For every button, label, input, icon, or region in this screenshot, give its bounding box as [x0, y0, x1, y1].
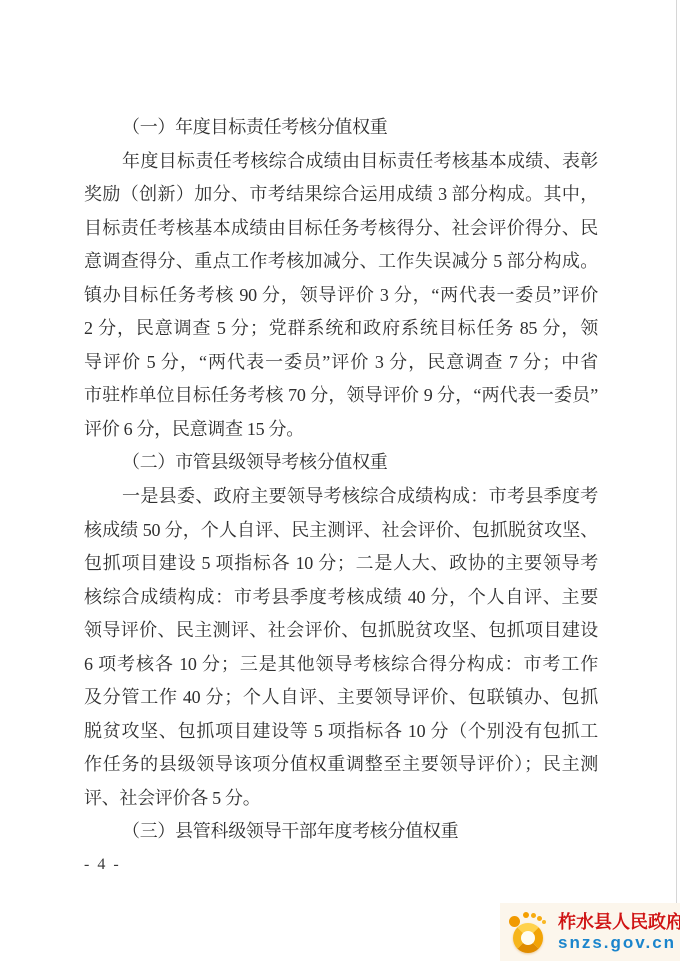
- text-line: 市驻柞单位目标任务考核 70 分，领导评价 9 分，“两代表一委员”: [84, 379, 598, 413]
- text-line: 目标责任考核基本成绩由目标任务考核得分、社会评价得分、民: [84, 212, 598, 246]
- text-line: 核综合成绩构成：市考县季度考核成绩 40 分，个人自评、主要: [84, 581, 598, 615]
- text-line: 6 项考核各 10 分；三是其他领导考核综合得分构成：市考工作: [84, 648, 598, 682]
- text-line: 核成绩 50 分，个人自评、民主测评、社会评价、包抓脱贫攻坚、: [84, 514, 598, 548]
- text-line: 导评价 5 分，“两代表一委员”评价 3 分，民意调查 7 分；中省: [84, 346, 598, 380]
- section-heading: （二）市管县级领导考核分值权重: [84, 446, 598, 480]
- text-line: 一是县委、政府主要领导考核综合成绩构成：市考县季度考: [84, 480, 598, 514]
- text-line: 年度目标责任考核综合成绩由目标责任考核基本成绩、表彰: [84, 145, 598, 179]
- section-heading: （一）年度目标责任考核分值权重: [84, 111, 598, 145]
- government-name: 柞水县人民政府: [558, 912, 680, 933]
- text-line: 评价 6 分，民意调查 15 分。: [84, 413, 598, 447]
- text-line: 脱贫攻坚、包抓项目建设等 5 项指标各 10 分（个别没有包抓工: [84, 715, 598, 749]
- document-body: （一）年度目标责任考核分值权重年度目标责任考核综合成绩由目标责任考核基本成绩、表…: [84, 111, 598, 849]
- text-line: 领导评价、民主测评、社会评价、包抓脱贫攻坚、包抓项目建设: [84, 614, 598, 648]
- document-page: （一）年度目标责任考核分值权重年度目标责任考核综合成绩由目标责任考核基本成绩、表…: [0, 0, 680, 961]
- text-line: 2 分，民意调查 5 分；党群系统和政府系统目标任务 85 分，领: [84, 312, 598, 346]
- government-website-url: snzs.gov.cn: [558, 933, 680, 953]
- government-watermark: 柞水县人民政府 snzs.gov.cn: [500, 903, 680, 961]
- government-watermark-text: 柞水县人民政府 snzs.gov.cn: [558, 912, 680, 952]
- text-line: 评、社会评价各 5 分。: [84, 782, 598, 816]
- text-line: 镇办目标任务考核 90 分，领导评价 3 分，“两代表一委员”评价: [84, 279, 598, 313]
- text-line: 及分管工作 40 分；个人自评、主要领导评价、包联镇办、包抓: [84, 681, 598, 715]
- scan-edge-artifact: [676, 0, 677, 961]
- section-heading: （三）县管科级领导干部年度考核分值权重: [84, 815, 598, 849]
- paw-logo-icon: [506, 910, 550, 954]
- text-line: 包抓项目建设 5 项指标各 10 分；二是人大、政协的主要领导考: [84, 547, 598, 581]
- text-line: 意调查得分、重点工作考核加减分、工作失误减分 5 部分构成。: [84, 245, 598, 279]
- page-number: - 4 -: [84, 856, 121, 874]
- text-line: 奖励（创新）加分、市考结果综合运用成绩 3 部分构成。其中，: [84, 178, 598, 212]
- text-line: 作任务的县级领导该项分值权重调整至主要领导评价）；民主测: [84, 748, 598, 782]
